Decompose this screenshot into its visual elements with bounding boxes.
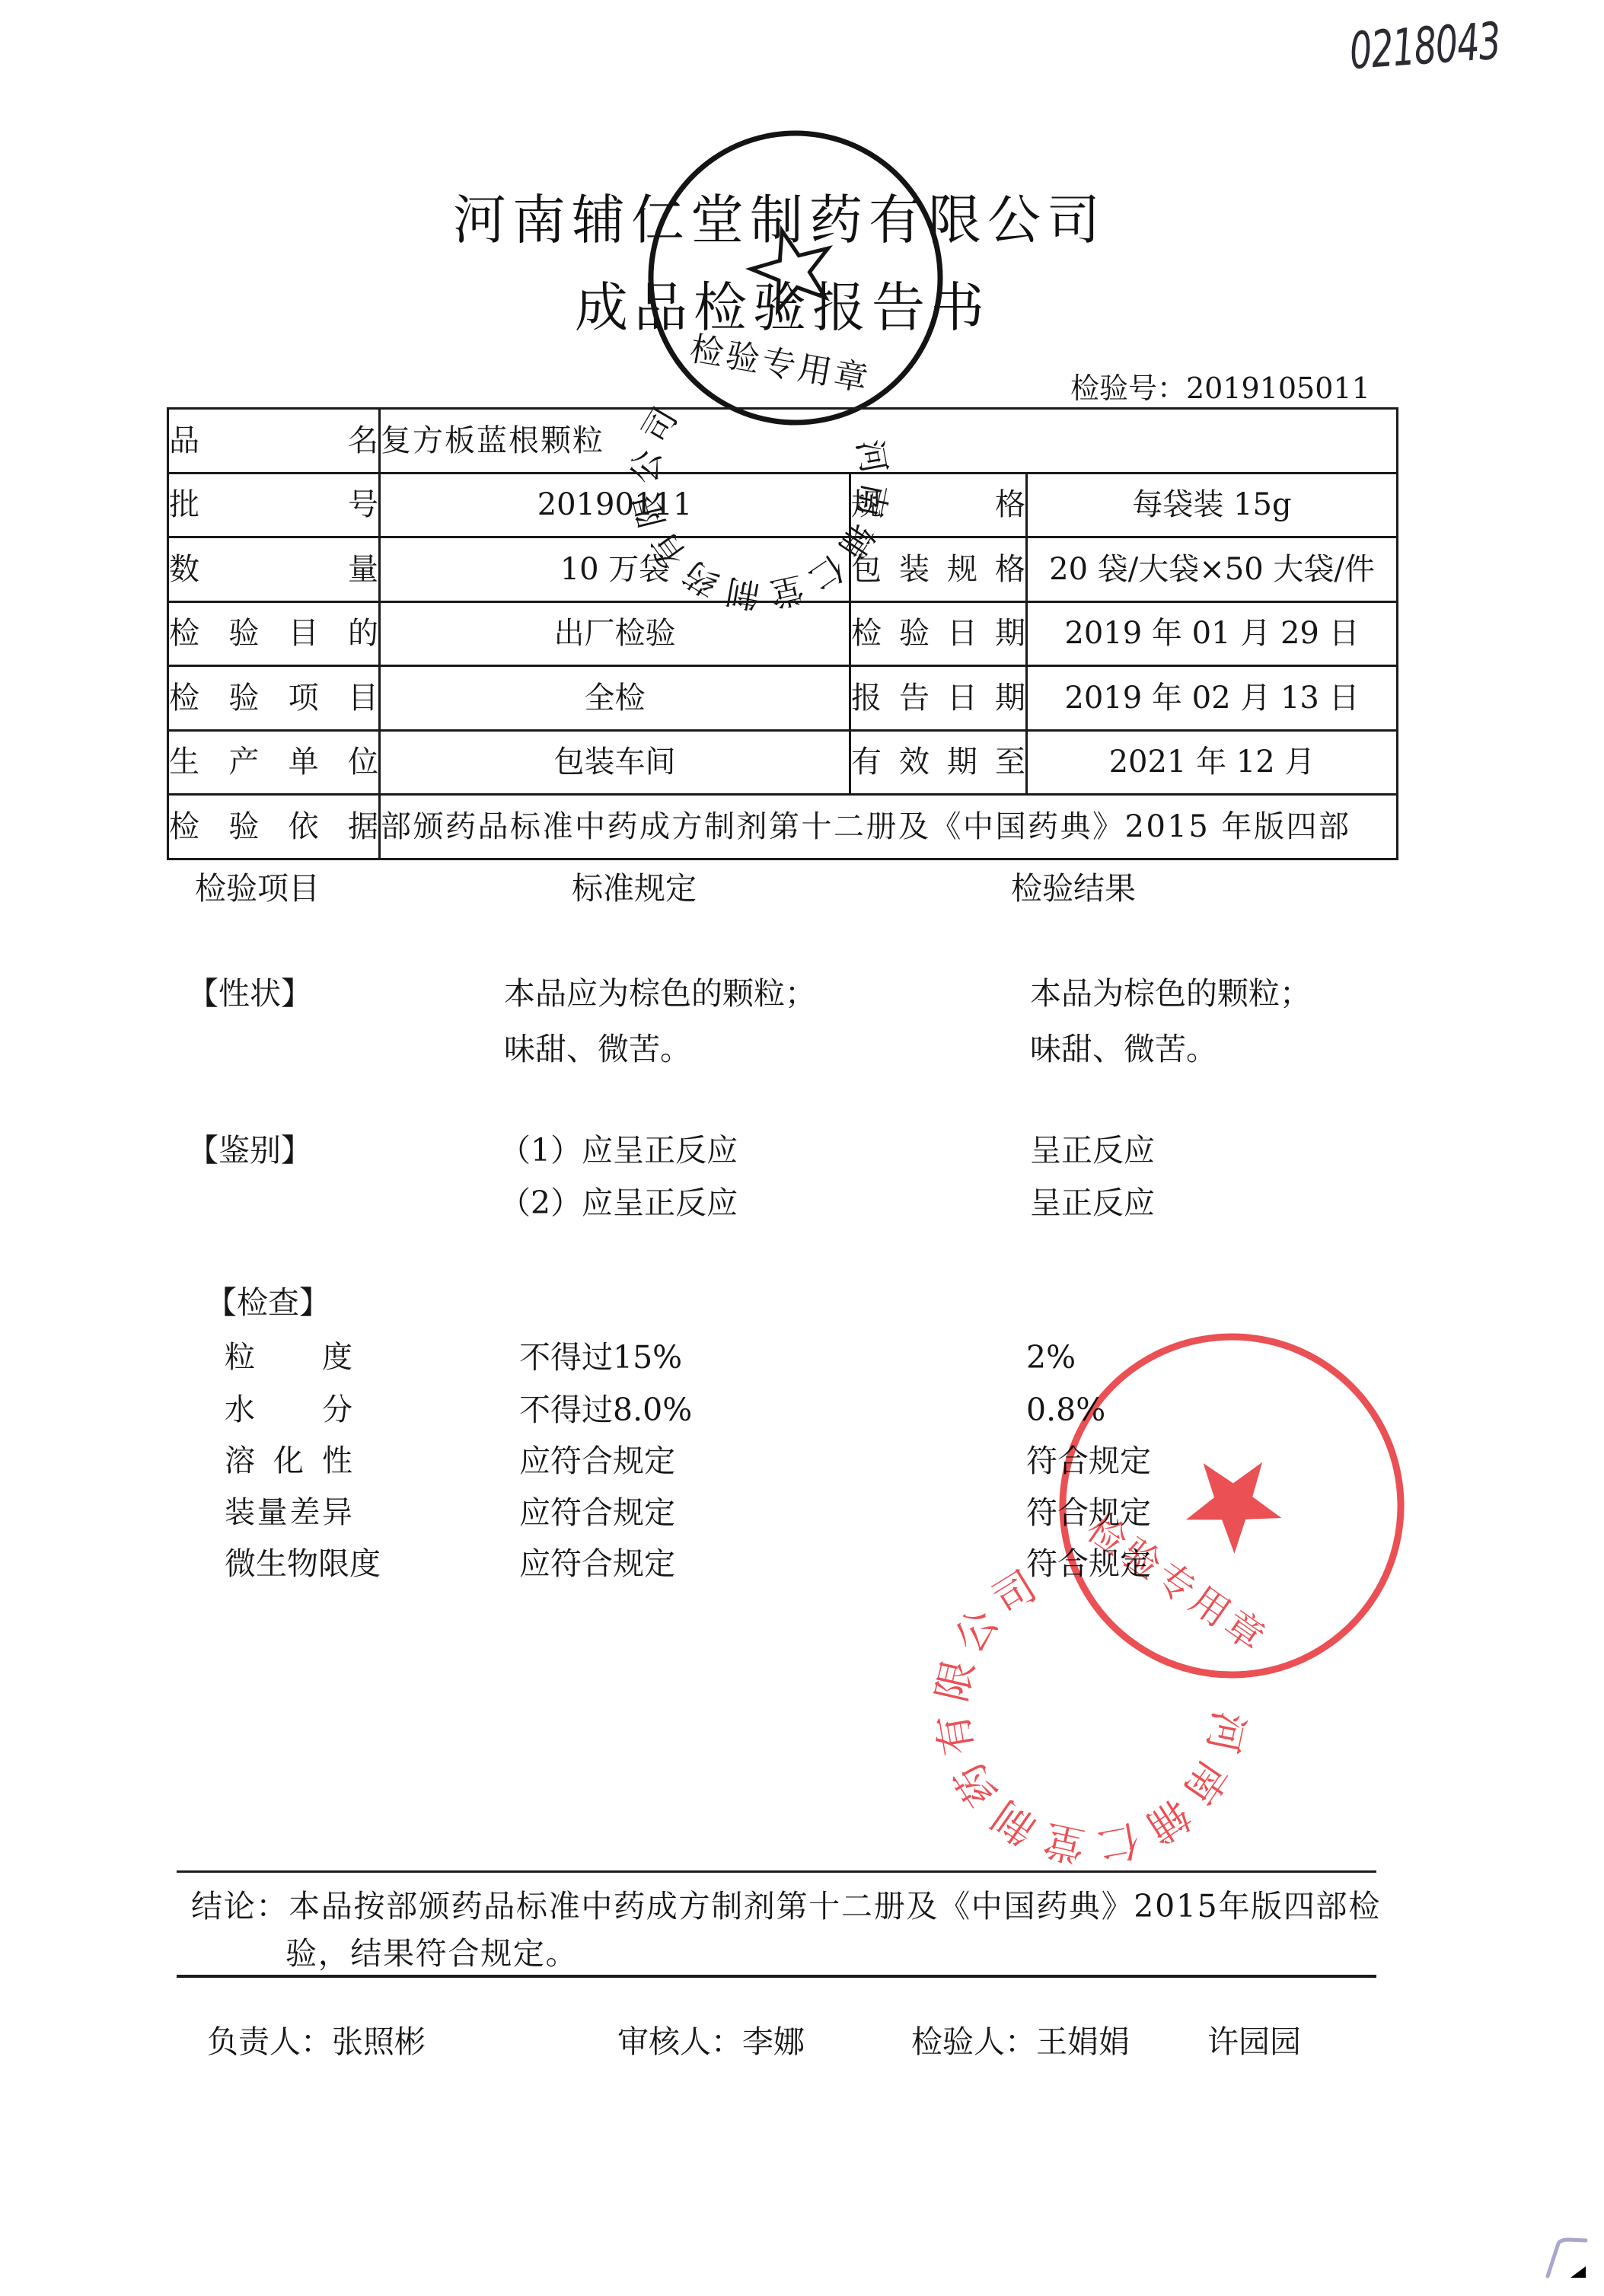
value-inspection-items: 全检 <box>380 666 850 731</box>
conclusion-top-rule <box>177 1870 1376 1873</box>
label-quantity: 数 量 <box>168 537 380 602</box>
exam-standard-microbial-limit: 应符合规定 <box>519 1548 675 1580</box>
conclusion-line-1: 结论：本品按部颁药品标准中药成方制剂第十二册及《中国药典》2015年版四部检 <box>191 1891 1381 1922</box>
red-stamp-center-text: 检验专用章 <box>1079 1506 1276 1662</box>
table-row-basis: 检验依据 部颁药品标准中药成方制剂第十二册及《中国药典》2015 年版四部 <box>168 795 1398 859</box>
appearance-standard-line-1: 本品应为棕色的颗粒； <box>504 978 816 1009</box>
label-specification: 规 格 <box>850 473 1027 537</box>
label-batch-no: 批 号 <box>168 473 380 537</box>
table-row-product-name: 品 名 复方板蓝根颗粒 <box>168 409 1398 474</box>
exam-item-fill-variation: 装量差异 <box>225 1497 352 1528</box>
star-icon <box>744 221 840 314</box>
table-row-production: 生产单位 包装车间 有效期至 2021 年 12 月 <box>168 730 1398 795</box>
signature-inspector: 检验人：王娟娟 <box>911 2027 1130 2058</box>
inspection-number: 检验号：2019105011 <box>1070 374 1370 403</box>
black-inspection-stamp-icon: 河南辅仁堂制药有限公司 检验专用章 <box>643 126 948 430</box>
exam-standard-moisture: 不得过8.0% <box>519 1395 692 1426</box>
label-valid-until: 有效期至 <box>850 730 1027 795</box>
exam-item-solubility: 溶 化 性 <box>225 1446 352 1476</box>
identification-result-1: 呈正反应 <box>1030 1135 1155 1166</box>
header-standard: 标准规定 <box>572 873 697 904</box>
exam-item-microbial-limit: 微生物限度 <box>225 1548 381 1580</box>
red-inspection-stamp-icon: 河南辅仁堂制药有限公司 检验专用章 <box>1057 1331 1407 1681</box>
black-stamp-center-text: 检验专用章 <box>687 330 873 400</box>
value-product-name: 复方板蓝根颗粒 <box>380 409 1398 474</box>
appearance-result-line-1: 本品为棕色的颗粒； <box>1030 978 1311 1009</box>
value-package-spec: 20 袋/大袋×50 大袋/件 <box>1027 537 1398 602</box>
scan-corner-mark-icon <box>1538 2231 1599 2284</box>
value-quantity: 10 万袋 <box>380 537 850 602</box>
conclusion-line-2: 验，结果符合规定。 <box>285 1938 578 1969</box>
label-basis: 检验依据 <box>168 795 380 859</box>
value-inspection-date: 2019 年 01 月 29 日 <box>1027 601 1398 666</box>
label-purpose: 检验目的 <box>168 601 380 666</box>
product-info-table: 品 名 复方板蓝根颗粒 批 号 20190111 规 格 每袋装 15g 数 量… <box>167 407 1398 860</box>
exam-standard-granularity: 不得过15% <box>519 1342 682 1373</box>
identification-standard-1: （1）应呈正反应 <box>499 1135 738 1166</box>
conclusion-bottom-rule <box>177 1975 1376 1978</box>
handwritten-number: 0218043 <box>1348 15 1502 76</box>
appearance-standard-line-2: 味甜、微苦。 <box>504 1034 691 1065</box>
label-inspection-date: 检验日期 <box>850 601 1027 666</box>
header-item: 检验项目 <box>195 873 320 904</box>
exam-standard-fill-variation: 应符合规定 <box>519 1497 675 1529</box>
star-icon <box>1171 1435 1301 1564</box>
section-appearance-label: 【性状】 <box>187 978 312 1009</box>
value-valid-until: 2021 年 12 月 <box>1027 730 1398 795</box>
appearance-result-line-2: 味甜、微苦。 <box>1030 1034 1217 1065</box>
label-production-unit: 生产单位 <box>168 730 380 795</box>
value-basis: 部颁药品标准中药成方制剂第十二册及《中国药典》2015 年版四部 <box>380 795 1398 859</box>
value-specification: 每袋装 15g <box>1027 473 1398 537</box>
signature-reviewer: 审核人：李娜 <box>617 2027 805 2058</box>
identification-result-2: 呈正反应 <box>1030 1188 1155 1219</box>
label-inspection-items: 检验项目 <box>168 666 380 731</box>
header-result: 检验结果 <box>1011 873 1136 904</box>
value-report-date: 2019 年 02 月 13 日 <box>1027 666 1398 731</box>
table-row-quantity: 数 量 10 万袋 包装规格 20 袋/大袋×50 大袋/件 <box>168 537 1398 602</box>
signature-responsible: 负责人：张照彬 <box>207 2027 426 2058</box>
table-row-items: 检验项目 全检 报告日期 2019 年 02 月 13 日 <box>168 666 1398 731</box>
exam-standard-solubility: 应符合规定 <box>519 1446 675 1477</box>
label-package-spec: 包装规格 <box>850 537 1027 602</box>
signature-inspector-2: 许园园 <box>1207 2027 1301 2058</box>
label-product-name: 品 名 <box>168 409 380 474</box>
inspection-report-page: 0218043 河南辅仁堂制药有限公司 成品检验报告书 河南辅仁堂制药有限公司 … <box>0 0 1604 2296</box>
table-row-batch: 批 号 20190111 规 格 每袋装 15g <box>168 473 1398 537</box>
section-examination-label: 【检查】 <box>206 1287 330 1319</box>
exam-item-granularity: 粒 度 <box>225 1342 352 1373</box>
label-report-date: 报告日期 <box>850 666 1027 731</box>
exam-item-moisture: 水 分 <box>225 1395 352 1425</box>
section-identification-label: 【鉴别】 <box>187 1135 312 1166</box>
value-batch-no: 20190111 <box>380 473 850 537</box>
value-production-unit: 包装车间 <box>380 730 850 795</box>
value-purpose: 出厂检验 <box>380 601 850 666</box>
identification-standard-2: （2）应呈正反应 <box>499 1188 738 1219</box>
table-row-purpose: 检验目的 出厂检验 检验日期 2019 年 01 月 29 日 <box>168 601 1398 666</box>
